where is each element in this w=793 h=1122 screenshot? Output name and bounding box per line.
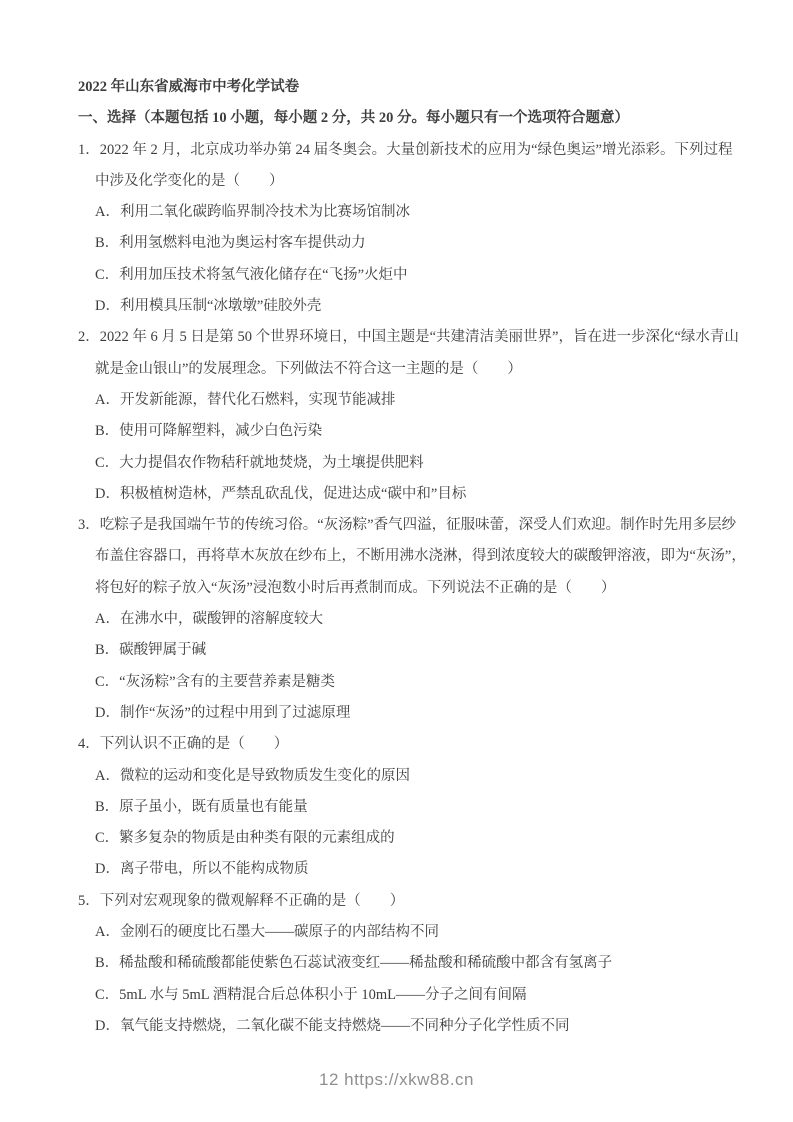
question-4-option-b: B．原子虽小，既有质量也有能量 [78, 792, 768, 823]
question-3-option-b: B．碳酸钾属于碱 [78, 635, 768, 666]
question-3-stem-line-3: 将包好的粽子放入“灰汤”浸泡数小时后再煮制而成。下列说法不正确的是（ ） [78, 573, 768, 604]
question-4-stem-line-1: 4．下列认识不正确的是（ ） [78, 729, 768, 760]
question-5-stem-line-1: 5．下列对宏观现象的微观解释不正确的是（ ） [78, 886, 768, 917]
question-4-option-d: D．离子带电，所以不能构成物质 [78, 854, 768, 885]
question-3-option-a: A．在沸水中，碳酸钾的溶解度较大 [78, 604, 768, 635]
question-3-option-d: D．制作“灰汤”的过程中用到了过滤原理 [78, 698, 768, 729]
question-1-stem-line-1: 1．2022 年 2 月，北京成功举办第 24 届冬奥会。大量创新技术的应用为“… [78, 135, 768, 166]
question-1-option-d: D．利用模具压制“冰墩墩”硅胶外壳 [78, 291, 768, 322]
page-footer: 12 https://xkw88.cn [0, 1070, 793, 1090]
question-5-option-a: A．金刚石的硬度比石墨大——碳原子的内部结构不同 [78, 917, 768, 948]
question-5-option-d: D．氧气能支持燃烧，二氧化碳不能支持燃烧——不同种分子化学性质不同 [78, 1011, 768, 1042]
question-1-stem-line-2: 中涉及化学变化的是（ ） [78, 166, 768, 197]
question-2-stem-line-2: 就是金山银山”的发展理念。下列做法不符合这一主题的是（ ） [78, 354, 768, 385]
question-1: 1．2022 年 2 月，北京成功举办第 24 届冬奥会。大量创新技术的应用为“… [78, 135, 768, 323]
question-2-option-a: A．开发新能源，替代化石燃料，实现节能减排 [78, 385, 768, 416]
question-1-option-b: B．利用氢燃料电池为奥运村客车提供动力 [78, 228, 768, 259]
question-5-option-c: C．5mL 水与 5mL 酒精混合后总体积小于 10mL——分子之间有间隔 [78, 980, 768, 1011]
question-3-stem-line-2: 布盖住容器口，再将草木灰放在纱布上，不断用沸水浇淋，得到浓度较大的碳酸钾溶液，即… [78, 541, 768, 572]
question-2: 2．2022 年 6 月 5 日是第 50 个世界环境日，中国主题是“共建清洁美… [78, 322, 768, 510]
question-2-option-d: D．积极植树造林，严禁乱砍乱伐，促进达成“碳中和”目标 [78, 479, 768, 510]
question-1-option-a: A．利用二氧化碳跨临界制冷技术为比赛场馆制冰 [78, 197, 768, 228]
question-5: 5．下列对宏观现象的微观解释不正确的是（ ） A．金刚石的硬度比石墨大——碳原子… [78, 886, 768, 1042]
question-1-option-c: C．利用加压技术将氢气液化储存在“飞扬”火炬中 [78, 260, 768, 291]
question-3: 3．吃粽子是我国端午节的传统习俗。“灰汤粽”香气四溢，征服味蕾，深受人们欢迎。制… [78, 510, 768, 729]
section-heading: 一、选择（本题包括 10 小题，每小题 2 分，共 20 分。每小题只有一个选项… [78, 103, 768, 134]
exam-paper-page: 2022 年山东省威海市中考化学试卷 一、选择（本题包括 10 小题，每小题 2… [0, 0, 793, 1122]
question-4-option-a: A．微粒的运动和变化是导致物质发生变化的原因 [78, 761, 768, 792]
document-body: 2022 年山东省威海市中考化学试卷 一、选择（本题包括 10 小题，每小题 2… [78, 72, 768, 1042]
question-2-stem-line-1: 2．2022 年 6 月 5 日是第 50 个世界环境日，中国主题是“共建清洁美… [78, 322, 768, 353]
question-5-option-b: B．稀盐酸和稀硫酸都能使紫色石蕊试液变红——稀盐酸和稀硫酸中都含有氢离子 [78, 948, 768, 979]
question-4: 4．下列认识不正确的是（ ） A．微粒的运动和变化是导致物质发生变化的原因 B．… [78, 729, 768, 885]
question-3-option-c: C．“灰汤粽”含有的主要营养素是糖类 [78, 667, 768, 698]
question-3-stem-line-1: 3．吃粽子是我国端午节的传统习俗。“灰汤粽”香气四溢，征服味蕾，深受人们欢迎。制… [78, 510, 768, 541]
question-2-option-b: B．使用可降解塑料，减少白色污染 [78, 416, 768, 447]
question-4-option-c: C．繁多复杂的物质是由种类有限的元素组成的 [78, 823, 768, 854]
question-2-option-c: C．大力提倡农作物秸秆就地焚烧，为土壤提供肥料 [78, 448, 768, 479]
page-title: 2022 年山东省威海市中考化学试卷 [78, 72, 768, 103]
